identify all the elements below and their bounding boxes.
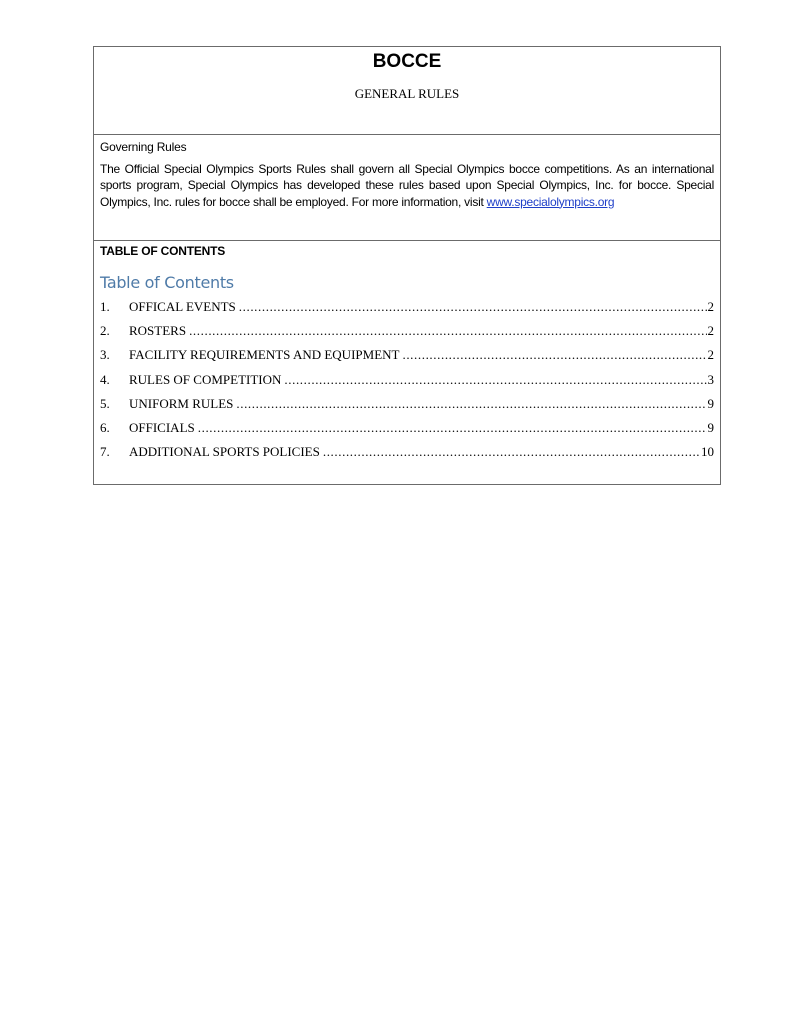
specialolympics-link[interactable]: www.specialolympics.org bbox=[487, 195, 615, 209]
document-table: BOCCE GENERAL RULES Governing Rules The … bbox=[93, 46, 721, 485]
toc-entry-number: 2. bbox=[100, 319, 129, 343]
toc-dot-leader bbox=[323, 440, 700, 464]
toc-entry-number: 1. bbox=[100, 295, 129, 319]
toc-entry-page: 9 bbox=[708, 416, 715, 440]
toc-entry-label: OFFICIALS bbox=[129, 416, 195, 440]
table-of-contents-section: TABLE OF CONTENTS Table of Contents 1. O… bbox=[94, 241, 720, 484]
toc-entry-official-events[interactable]: 1. OFFICAL EVENTS 2 bbox=[100, 295, 714, 319]
header-section: BOCCE GENERAL RULES bbox=[94, 47, 720, 135]
toc-entry-officials[interactable]: 6. OFFICIALS 9 bbox=[100, 416, 714, 440]
toc-entry-additional-sports-policies[interactable]: 7. ADDITIONAL SPORTS POLICIES 10 bbox=[100, 440, 714, 464]
toc-dot-leader bbox=[239, 295, 707, 319]
toc-entry-label: FACILITY REQUIREMENTS AND EQUIPMENT bbox=[129, 343, 399, 367]
document-subtitle: GENERAL RULES bbox=[94, 86, 720, 102]
toc-entry-page: 10 bbox=[701, 440, 714, 464]
toc-entry-page: 2 bbox=[708, 343, 715, 367]
governing-rules-heading: Governing Rules bbox=[100, 139, 714, 155]
toc-entry-number: 6. bbox=[100, 416, 129, 440]
toc-list: 1. OFFICAL EVENTS 2 2. ROSTERS 2 3. FACI… bbox=[100, 295, 714, 464]
governing-rules-text: The Official Special Olympics Sports Rul… bbox=[100, 162, 714, 209]
toc-entry-label: OFFICAL EVENTS bbox=[129, 295, 236, 319]
toc-entry-label: ADDITIONAL SPORTS POLICIES bbox=[129, 440, 320, 464]
toc-entry-page: 2 bbox=[708, 295, 715, 319]
toc-entry-label: ROSTERS bbox=[129, 319, 186, 343]
toc-dot-leader bbox=[402, 343, 706, 367]
toc-entry-label: RULES OF COMPETITION bbox=[129, 368, 281, 392]
toc-entry-page: 9 bbox=[708, 392, 715, 416]
governing-rules-body: The Official Special Olympics Sports Rul… bbox=[100, 161, 714, 210]
toc-entry-rosters[interactable]: 2. ROSTERS 2 bbox=[100, 319, 714, 343]
toc-title: Table of Contents bbox=[100, 273, 714, 293]
toc-entry-page: 2 bbox=[708, 319, 715, 343]
toc-entry-label: UNIFORM RULES bbox=[129, 392, 233, 416]
toc-dot-leader bbox=[198, 416, 707, 440]
document-title: BOCCE bbox=[94, 50, 720, 74]
toc-entry-number: 7. bbox=[100, 440, 129, 464]
toc-entry-number: 5. bbox=[100, 392, 129, 416]
toc-entry-facility-requirements[interactable]: 3. FACILITY REQUIREMENTS AND EQUIPMENT 2 bbox=[100, 343, 714, 367]
toc-entry-number: 4. bbox=[100, 368, 129, 392]
toc-entry-number: 3. bbox=[100, 343, 129, 367]
toc-entry-uniform-rules[interactable]: 5. UNIFORM RULES 9 bbox=[100, 392, 714, 416]
toc-dot-leader bbox=[284, 368, 706, 392]
toc-section-heading: TABLE OF CONTENTS bbox=[100, 243, 714, 259]
governing-rules-section: Governing Rules The Official Special Oly… bbox=[94, 135, 720, 241]
toc-dot-leader bbox=[236, 392, 706, 416]
toc-entry-rules-of-competition[interactable]: 4. RULES OF COMPETITION 3 bbox=[100, 368, 714, 392]
toc-dot-leader bbox=[189, 319, 706, 343]
toc-entry-page: 3 bbox=[708, 368, 715, 392]
